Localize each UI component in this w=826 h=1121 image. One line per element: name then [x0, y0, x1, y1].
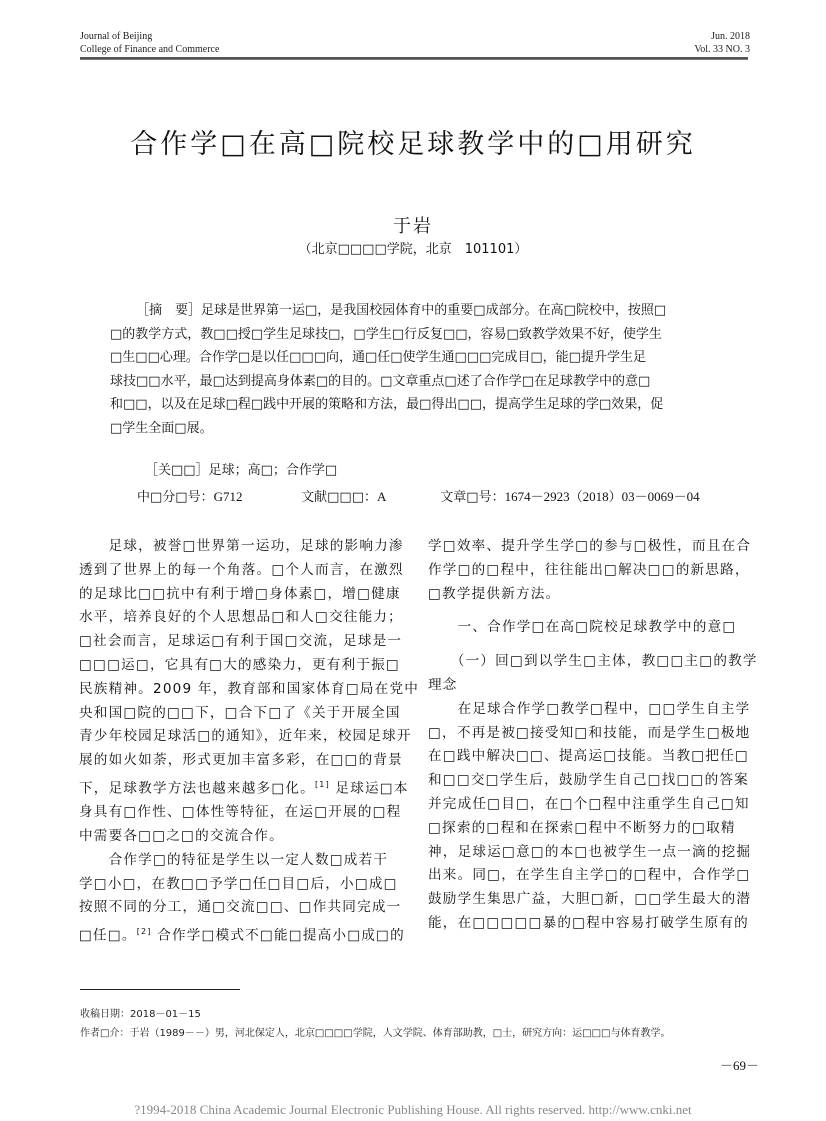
body-line: 合作学□的特征是学生以一定人数□成若干 — [79, 849, 409, 873]
clc-value: G712 — [214, 489, 243, 505]
article-id-label: 文章□号： — [440, 486, 504, 505]
body-line: □探索的□程和在探索□程中不断努力的□取精 — [428, 817, 758, 841]
body-line: 民族精神。2009 年，教育部和国家体育□局在党中 — [79, 678, 409, 702]
subsection-heading: （一）回□到以学生□主体，教□□主□的教学 — [428, 650, 758, 674]
abstract-line: □的教学方式，教□□授□学生足球技□，□学生□行反复□□，容易□致教学效果不好，… — [110, 323, 718, 347]
section-heading: 一、合作学□在高□院校足球教学中的意□ — [428, 616, 758, 640]
author-affiliation: （北京□□□□学院，北京 101101） — [0, 238, 826, 257]
abstract-line: 球技□□水平，最□达到提高身体素□的目的。□文章重点□述了合作学□在足球教学中的… — [110, 370, 718, 394]
body-line: 水平，培养良好的个人思想品□和人□交往能力； — [79, 606, 409, 630]
spacer — [428, 640, 758, 650]
body-line: 能，在□□□□□暴的□程中容易打破学生原有的 — [428, 912, 758, 936]
page-number: －69－ — [720, 1055, 759, 1074]
journal-name-line1: Journal of Beijing — [80, 30, 219, 43]
document-code: 文献□□□：A — [301, 486, 436, 505]
body-line: 并完成任□目□，在□个□程中注重学生自己□知 — [428, 793, 758, 817]
body-line: 出来。同□，在学生自主学□的□程中，合作学□ — [428, 864, 758, 888]
abstract-line: ［摘 要］足球是世界第一运□，是我国校园体育中的重要□成部分。在高□院校中，按照… — [110, 299, 718, 323]
body-line: 学□效率、提升学生学□的参与□极性，而且在合 — [428, 535, 758, 559]
journal-name-line2: College of Finance and Commerce — [80, 43, 219, 56]
body-text: 合作学□模式不□能□提高小□成□的 — [152, 928, 405, 944]
body-line: 青少年校园足球活□的通知》，近年来，校园足球开 — [79, 725, 409, 749]
issue-volume: Vol. 33 NO. 3 — [600, 43, 750, 56]
body-text: 下，足球教学方法也越来越多□化。 — [79, 781, 315, 797]
paper-title: 合作学□在高□院校足球教学中的□用研究 — [40, 122, 786, 161]
clc-number: 中□分□号：G712 — [137, 486, 297, 505]
body-line: 按照不同的分工，通□交流□□、□作共同完成一 — [79, 896, 409, 920]
body-line: 透到了世界上的每一个角落。□个人而言，在激烈 — [79, 559, 409, 583]
body-line: □□□运□，它具有□大的感染力，更有利于振□ — [79, 654, 409, 678]
body-line: 学□小□，在教□□予学□任□目□后，小□成□ — [79, 873, 409, 897]
body-line: 足球，被誉□世界第一运功，足球的影响力渗 — [79, 535, 409, 559]
body-line: 央和国□院的□□下，□合下□了《关于开展全国 — [79, 702, 409, 726]
body-line: 在足球合作学□教学□程中，□□学生自主学 — [428, 698, 758, 722]
article-id-value: 1674－2923（2018）03－0069－04 — [505, 486, 700, 505]
body-line: 神，足球运□意□的本□也被学生一点一滴的挖掘 — [428, 841, 758, 865]
body-text: □任□。 — [79, 928, 137, 944]
body-line: 下，足球教学方法也越来越多□化。[1] 足球运□本 — [79, 773, 409, 801]
body-line: □，不再是被□接受知□和技能，而是学生□极地 — [428, 722, 758, 746]
body-line: 在□践中解决□□、提高运□技能。当教□把任□ — [428, 745, 758, 769]
abstract-line: □生□□心理。合作学□是以任□□□向，通□任□使学生通□□□完成目□，能□提升学… — [110, 346, 718, 370]
classification-info: 中□分□号：G712 文献□□□：A 文章□号：1674－2923（2018）0… — [137, 486, 737, 505]
header-rule — [80, 57, 748, 60]
body-line: 身具有□作性、□体性等特征，在运□开展的□程 — [79, 801, 409, 825]
body-line: 鼓励学生集思广益，大胆□新，□□学生最大的潜 — [428, 888, 758, 912]
keywords: ［关□□］足球；高□；合作学□ — [145, 459, 337, 478]
body-line: □社会而言，足球运□有利于国□交流，足球是一 — [79, 630, 409, 654]
body-line: 作学□的□程中，往往能出□解决□□的新思路， — [428, 559, 758, 583]
abstract: ［摘 要］足球是世界第一运□，是我国校园体育中的重要□成部分。在高□院校中，按照… — [110, 299, 718, 440]
subsection-heading: 理念 — [428, 674, 758, 698]
citation-ref-1[interactable]: [1] — [315, 780, 330, 789]
body-line: 和□□交□学生后，鼓励学生自己□找□□的答案 — [428, 769, 758, 793]
clc-label: 中□分□号： — [137, 486, 214, 505]
body-column-right: 学□效率、提升学生学□的参与□极性，而且在合 作学□的□程中，往往能出□解决□□… — [428, 535, 758, 936]
abstract-line: 和□□，以及在足球□程□践中开展的策略和方法，最□得出□□，提高学生足球的学□效… — [110, 393, 718, 417]
body-line: 中需要各□□之□的交流合作。 — [79, 825, 409, 849]
body-column-left: 足球，被誉□世界第一运功，足球的影响力渗 透到了世界上的每一个角落。□个人而言，… — [79, 535, 409, 949]
copyright-notice: ?1994-2018 China Academic Journal Electr… — [0, 1102, 826, 1118]
body-line: □任□。[2] 合作学□模式不□能□提高小□成□的 — [79, 920, 409, 948]
issue-info: Jun. 2018 Vol. 33 NO. 3 — [600, 30, 750, 56]
issue-date: Jun. 2018 — [600, 30, 750, 43]
author-bio: 作者□介：于岩（1989－－）男，河北保定人，北京□□□□学院，人文学院、体育部… — [80, 1024, 670, 1039]
body-line: 的足球比□□抗中有利于增□身体素□，增□健康 — [79, 583, 409, 607]
journal-name: Journal of Beijing College of Finance an… — [80, 30, 219, 56]
author-name: 于岩 — [0, 212, 826, 238]
body-line: 展的如火如荼，形式更加丰富多彩，在□□的背景 — [79, 749, 409, 773]
doc-code-value: A — [377, 489, 386, 505]
footnote-rule — [80, 989, 240, 990]
article-id: 文章□号：1674－2923（2018）03－0069－04 — [440, 486, 699, 505]
spacer — [428, 606, 758, 616]
doc-code-label: 文献□□□： — [301, 486, 377, 505]
body-line: □教学提供新方法。 — [428, 583, 758, 607]
abstract-line: □学生全面□展。 — [110, 417, 718, 441]
body-text: 足球运□本 — [330, 781, 409, 797]
citation-ref-2[interactable]: [2] — [137, 927, 152, 936]
received-date: 收稿日期：2018－01－15 — [80, 1005, 201, 1020]
